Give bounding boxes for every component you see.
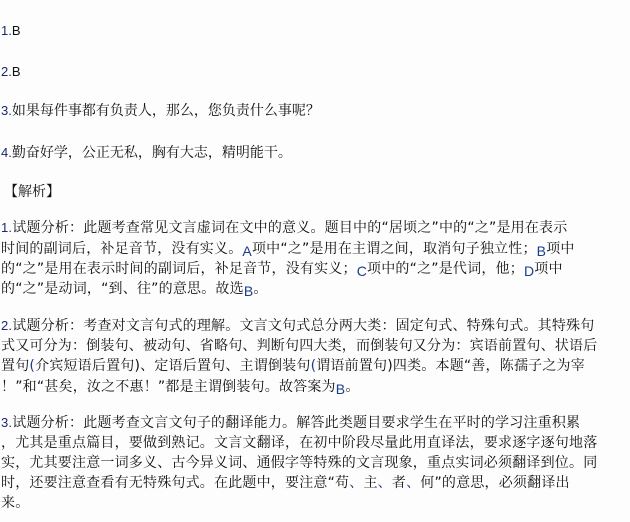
text-segment: 试题分析：考查对文言句式的理解。文言文句式总分两大类：固定句式、特殊句式。其特殊… — [12, 318, 594, 334]
analysis-number: 2. — [1, 318, 12, 333]
answer-text: 勤奋好学，公正无私，胸有大志，精明能干。 — [12, 145, 292, 161]
analysis-number: 1. — [1, 220, 12, 235]
analysis-row: 实，尤其要注意一词多义、古今异义词、通假字等特殊的文言现象，重点实词必须翻译到位… — [1, 453, 629, 473]
text-segment: 式又可分为：倒装句、被动句、省略句、判断句四大类，而倒装句又分为：宾语前置句、状… — [1, 338, 597, 354]
answer-text: B — [12, 23, 21, 38]
text-segment: 的“之”是动词 — [1, 281, 87, 297]
analysis-row: 1.试题分析：此题考查常见文言虚词在文中的意义。题目中的“居顷之”中的“之”是用… — [1, 218, 629, 238]
option-letter: C — [357, 263, 367, 279]
text-segment: ； — [510, 261, 524, 277]
analysis-row: ，尤其是重点篇目，要做到熟记。文言文翻译，在初中阶段尽量此用直译法，要求逐字逐句… — [1, 433, 629, 453]
answer-number: 4. — [1, 145, 12, 160]
text-segment: 的“之”是用在表示时间的副词后，补足音节，没有实义； — [1, 261, 357, 277]
analysis-row: 置句(介宾短语后置句)、定语后置句、主谓倒装句(谓语前置句)四类。本题“善，陈孺… — [1, 356, 629, 376]
text-segment: 主 — [363, 475, 377, 491]
text-segment: “到、往”的意思。故选 — [101, 281, 244, 297]
text-segment: ， — [87, 281, 101, 297]
analysis-paragraph-3: 3.试题分析：此题考查文言文句子的翻译能力。解答此类题目要求学生在平时的学习注重… — [1, 413, 629, 513]
analysis-row: 3.试题分析：此题考查文言文句子的翻译能力。解答此类题目要求学生在平时的学习注重… — [1, 413, 629, 433]
text-segment: 谓语前置句 — [316, 358, 387, 374]
separator: 、 — [378, 475, 392, 491]
text-segment: 项中“之”是用在主谓之间，取消句子独立性 — [252, 241, 523, 257]
text-segment: 来。 — [1, 495, 29, 511]
answer-number: 1. — [1, 23, 12, 38]
answer-2: 2.B — [1, 62, 21, 82]
option-letter: B — [244, 283, 254, 299]
text-segment: ！”和“甚矣，汝之不惠！”都是主谓倒装句。故答案为 — [1, 379, 336, 395]
text-segment: 实，尤其要注意一词多义、古今异义词、通假字等特殊的文言现象，重点实词必须翻译到位… — [1, 455, 597, 471]
answer-number: 2. — [1, 64, 12, 79]
text-segment: 项中 — [534, 261, 562, 277]
text-segment: 项中 — [546, 241, 574, 257]
option-letter: A — [242, 243, 252, 259]
text-segment: ，尤其是重点篇目，要做到熟记。文言文翻译，在初中阶段尽量此用直译法，要求逐字逐句… — [1, 435, 597, 451]
option-letter: B — [537, 243, 547, 259]
analysis-row: 时间的副词后，补足音节，没有实义。A项中“之”是用在主谓之间，取消句子独立性；B… — [1, 238, 629, 258]
text-segment: ； — [522, 241, 536, 257]
analysis-row: 2.试题分析：考查对文言句式的理解。文言文句式总分两大类：固定句式、特殊句式。其… — [1, 316, 629, 336]
text-segment: 者 — [392, 475, 406, 491]
analysis-row: 时，还要注意查看有无特殊句式。在此题中，要注意“苟、主、者、何”的意思，必须翻译… — [1, 473, 629, 493]
analysis-paragraph-2: 2.试题分析：考查对文言句式的理解。文言文句式总分两大类：固定句式、特殊句式。其… — [1, 316, 629, 396]
separator: 、 — [349, 475, 363, 491]
analysis-row: 来。 — [1, 493, 629, 513]
answer-text: B — [12, 64, 21, 79]
text-segment: 项中的“之”是代词，他 — [367, 261, 510, 277]
answer-1: 1.B — [1, 21, 21, 41]
text-segment: 四类。本题“善，陈孺子之为宰 — [393, 358, 585, 374]
analysis-number: 3. — [1, 415, 12, 430]
text-segment: 。 — [345, 379, 359, 395]
separator: 、 — [406, 475, 420, 491]
analysis-paragraph-1: 1.试题分析：此题考查常见文言虚词在文中的意义。题目中的“居顷之”中的“之”是用… — [1, 218, 629, 298]
text-segment: 、定语后置句、主谓倒装句 — [140, 358, 310, 374]
text-segment: 介宾短语后置句 — [35, 358, 134, 374]
text-segment: 试题分析：此题考查文言文句子的翻译能力。解答此类题目要求学生在平时的学习注重积累 — [12, 415, 580, 431]
answer-text: 如果每件事都有负责人，那么，您负责什么事呢？ — [12, 103, 320, 119]
text-segment: 。 — [253, 281, 267, 297]
analysis-heading: 【解析】 — [4, 182, 60, 202]
analysis-row: 式又可分为：倒装句、被动句、省略句、判断句四大类，而倒装句又分为：宾语前置句、状… — [1, 336, 629, 356]
text-segment: 何”的意思，必须翻译出 — [420, 475, 569, 491]
answer-number: 3. — [1, 103, 12, 118]
analysis-row: 的“之”是用在表示时间的副词后，补足音节，没有实义；C项中的“之”是代词，他；D… — [1, 258, 629, 278]
text-segment: 时，还要注意查看有无特殊句式。在此题中，要注意“苟 — [1, 475, 349, 491]
text-segment: 试题分析：此题考查常见文言虚词在文中的意义。题目中的“居顷之”中的“之”是用在表… — [12, 220, 567, 236]
analysis-row: 的“之”是动词，“到、往”的意思。故选B。 — [1, 278, 629, 298]
analysis-row: ！”和“甚矣，汝之不惠！”都是主谓倒装句。故答案为B。 — [1, 376, 629, 396]
text-segment: 时间的副词后，补足音节，没有实义。 — [1, 241, 242, 257]
option-letter: B — [336, 381, 346, 397]
answer-4: 4.勤奋好学，公正无私，胸有大志，精明能干。 — [1, 143, 292, 163]
answer-3: 3.如果每件事都有负责人，那么，您负责什么事呢？ — [1, 101, 320, 121]
text-segment: 置句 — [1, 358, 29, 374]
option-letter: D — [524, 263, 534, 279]
